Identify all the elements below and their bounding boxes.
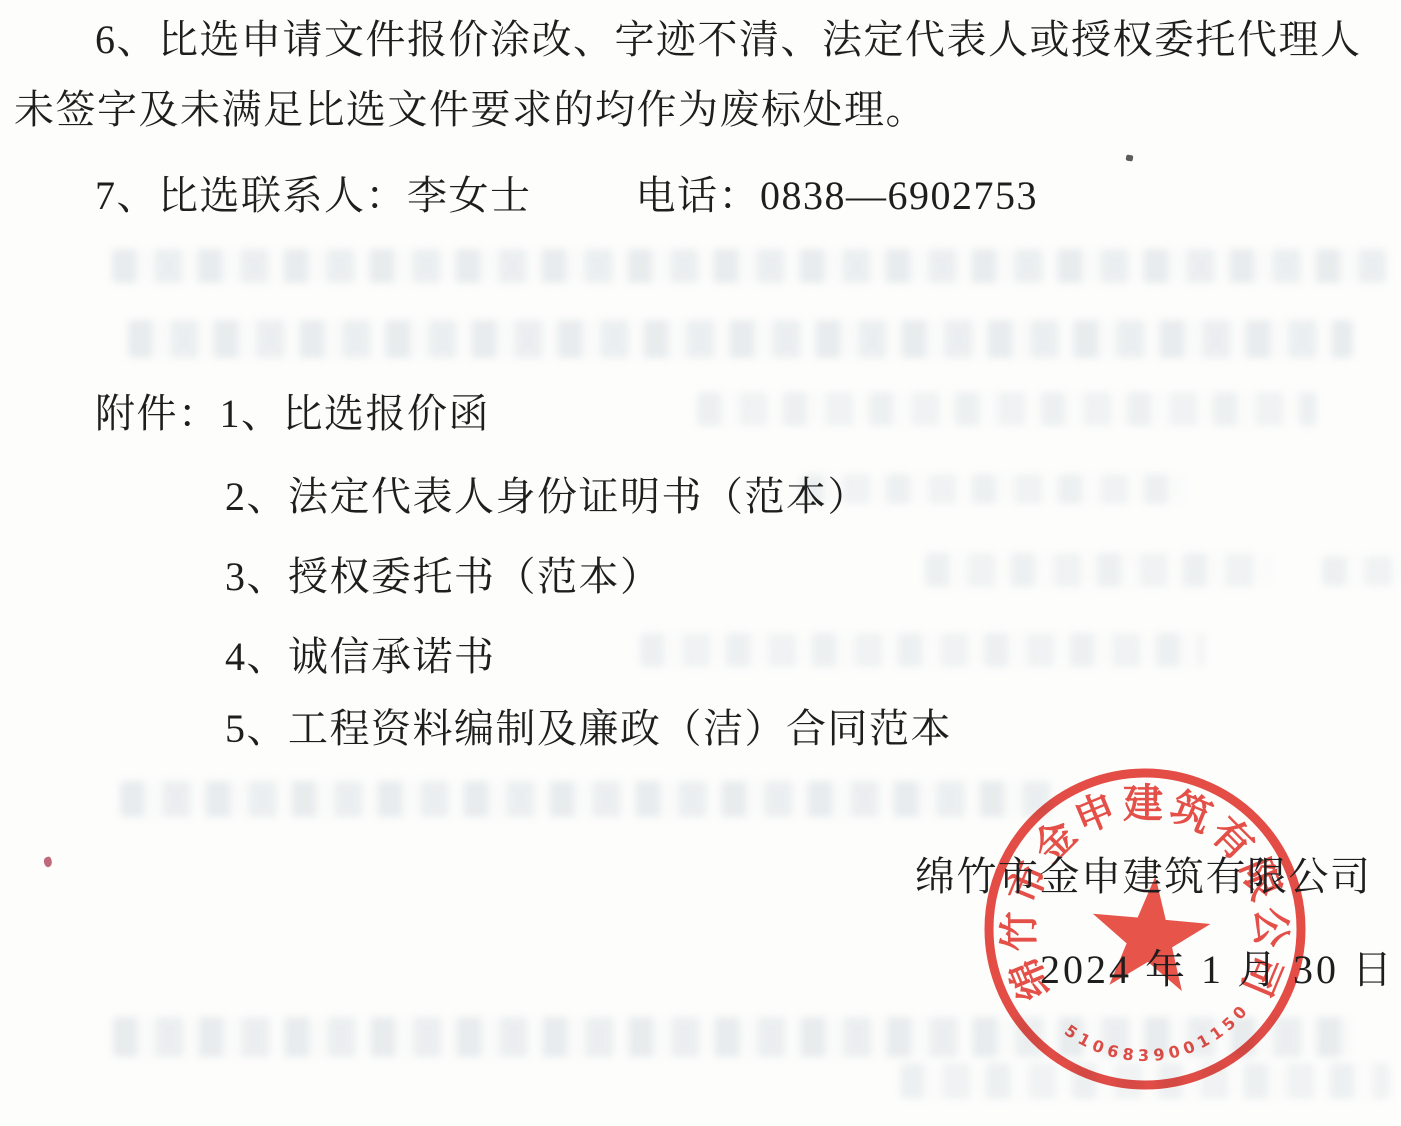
- phone-label: 电话：: [636, 173, 761, 218]
- attachment-item-5: 5、工程资料编制及廉政（洁）合同范本: [225, 705, 952, 753]
- attachments-label: 附件：: [95, 391, 220, 436]
- signature-date: 2024 年 1 月 30 日: [1040, 946, 1395, 994]
- ghost-bleedthrough-row: [925, 553, 1270, 587]
- contact-name: 李女士: [407, 173, 532, 218]
- clause-6-line-1: 6、比选申请文件报价涂改、字迹不清、法定代表人或授权委托代理人: [95, 16, 1362, 64]
- ink-speck: [1126, 154, 1134, 161]
- ghost-bleedthrough-row: [120, 781, 1055, 817]
- clause-7-line: 7、比选联系人：李女士电话：0838—6902753: [95, 172, 1038, 220]
- contact-label: 7、比选联系人：: [95, 173, 407, 218]
- attachments-line-1: 附件：1、比选报价函: [95, 390, 490, 438]
- ghost-bleedthrough-row: [640, 633, 1205, 667]
- ghost-bleedthrough-row: [112, 249, 1387, 283]
- attachment-item-4: 4、诚信承诺书: [225, 633, 496, 681]
- seal-serial-number: 5106839001150: [1061, 999, 1254, 1065]
- phone-number: 0838—6902753: [760, 173, 1038, 218]
- document-page: 绵竹市金申建筑有限公司 5106839001150 6、比选申请文件报价涂改、字…: [0, 0, 1401, 1126]
- clause-6-line-2: 未签字及未满足比选文件要求的均作为废标处理。: [14, 86, 927, 134]
- ghost-bleedthrough-row: [697, 392, 1317, 426]
- signature-company-name: 绵竹市金申建筑有限公司: [915, 853, 1372, 901]
- attachment-item-1: 1、比选报价函: [220, 391, 491, 436]
- attachment-item-2: 2、法定代表人身份证明书（范本）: [225, 473, 869, 521]
- red-ink-speck: [43, 856, 54, 868]
- attachment-item-3: 3、授权委托书（范本）: [225, 553, 662, 601]
- company-seal-stamp: 绵竹市金申建筑有限公司 5106839001150: [978, 764, 1312, 1098]
- ghost-bleedthrough-row: [1322, 556, 1400, 586]
- ghost-bleedthrough-row: [128, 320, 1353, 358]
